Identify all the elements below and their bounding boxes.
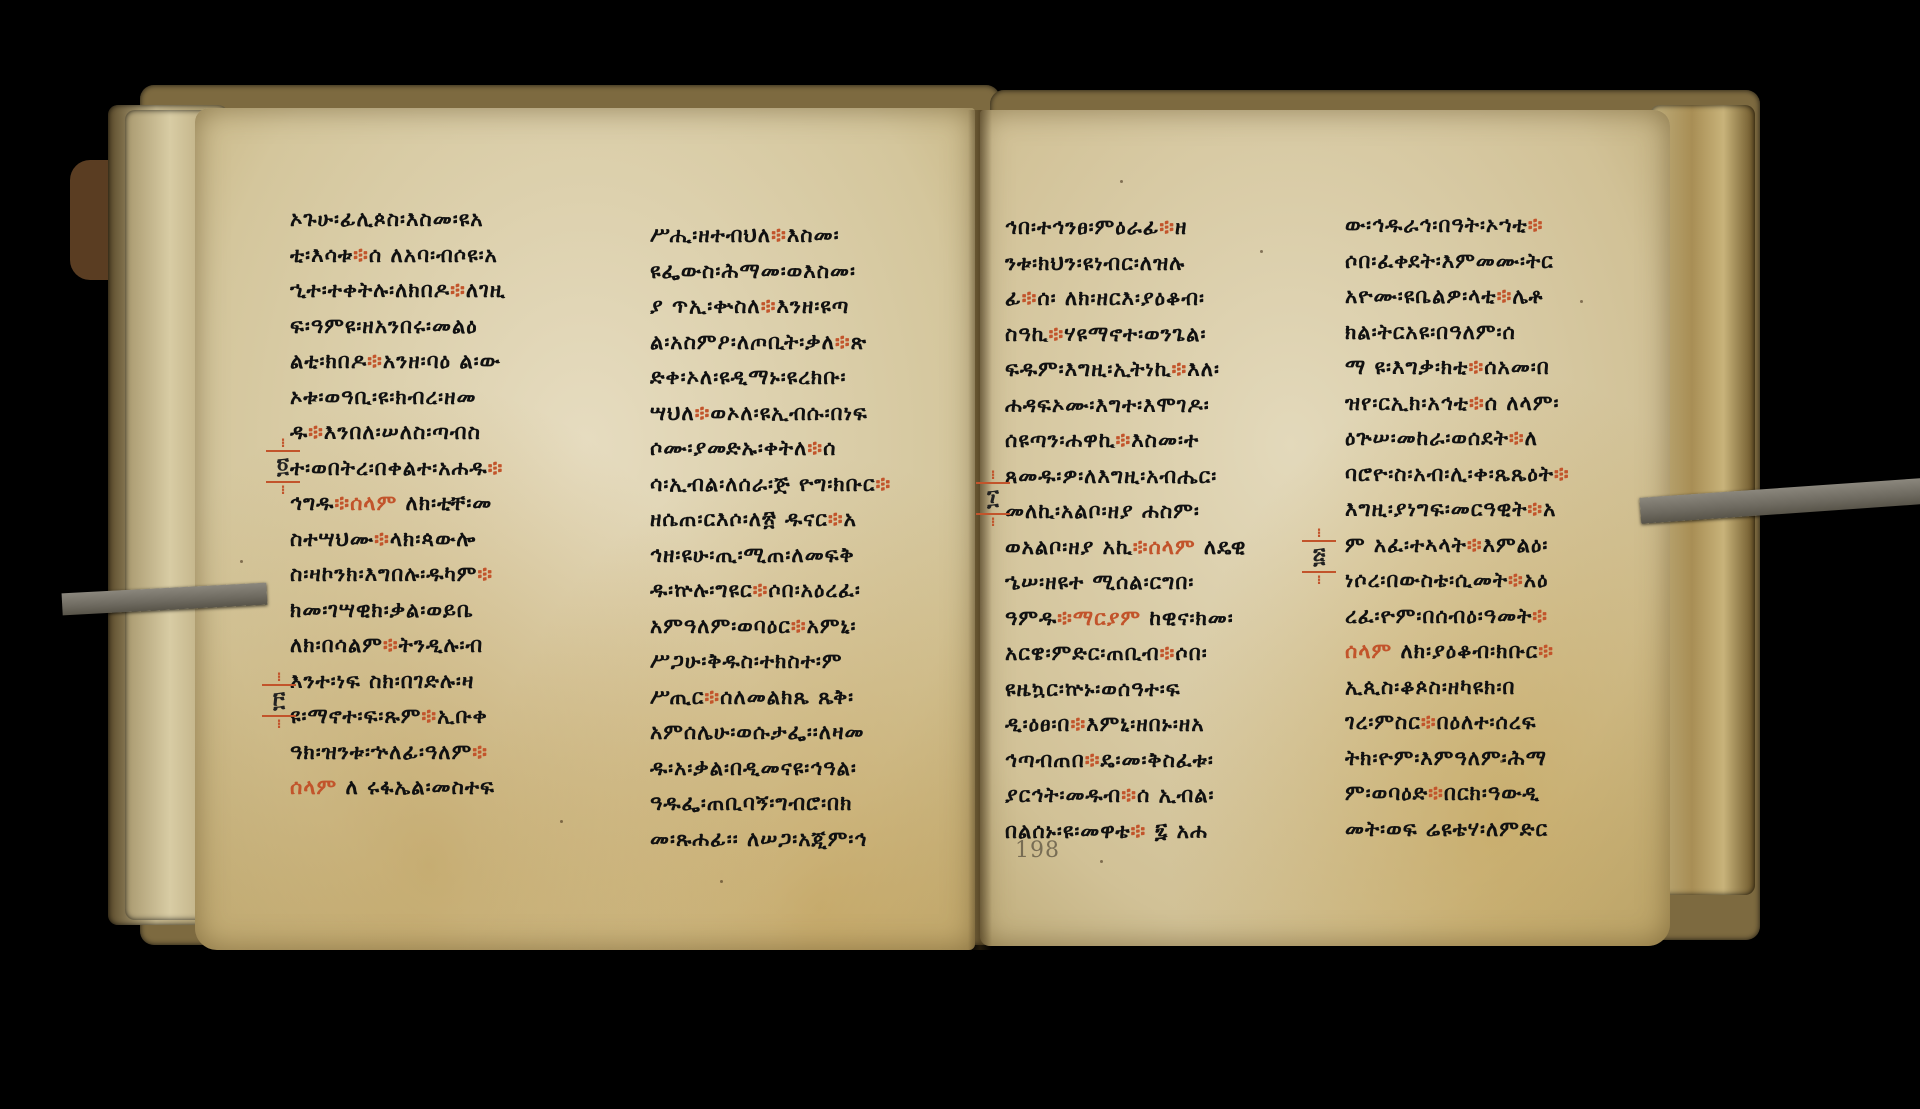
text-line: ለክ፡በሳልም፨ትንዲሉ፡ብ xyxy=(290,628,610,664)
text-line: ዲ፡ዕፀ፡በ፨እምኒ፡ዘበኑ፡ዘአ xyxy=(1005,707,1315,743)
text-line: ኅጣብጠበ፨ዴ፡መ፡ቅስፈቱ፡ xyxy=(1005,743,1315,779)
ink-speck xyxy=(1580,300,1583,303)
text-line: መ፡ጹሐፊ፡፡ ለሠጋ፡አጂም፡ኅ xyxy=(650,822,970,858)
text-line: ዓክ፡ዝንቱ፡ኍለፊ፡ዓለም፨ xyxy=(290,735,610,771)
rubric-dots: ⁝ xyxy=(268,672,290,682)
ink-speck xyxy=(1100,860,1103,863)
text-line: ም፡ወባዕድ፨በርክ፡ዓውዲ xyxy=(1345,776,1665,812)
text-line: አምሰሌሁ፡ወሱታፌ፡፡ለዛመ xyxy=(650,715,970,751)
text-line: ሰላም ለ ሩፋኤል፡መስተፍ xyxy=(290,770,610,806)
text-line: ዩፌውስ፡ሕማመ፡ወእስመ፡ xyxy=(650,254,970,290)
text-line: ስዓኪ፨ሃዩማኖተ፡ወንጌል፡ xyxy=(1005,317,1315,353)
text-line: ዱ፡ኵሉ፡ግዩር፨ሶበ፡አዕረፈ፡ xyxy=(650,573,970,609)
text-line: ስተሣህሙ፨ላክ፡ጳውሎ xyxy=(290,522,610,558)
text-column-2: ሥሒ፡ዘተብህለ፨እስመ፡ ዩፌውስ፡ሕማመ፡ወእስመ፡ ያ ጥኢ፡ቍስለ፨እን… xyxy=(650,218,970,857)
rubric-bar xyxy=(266,450,300,452)
text-line: ማ ዩ፡እግቃ፡ክቲ፨ሰአመ፡በ xyxy=(1345,350,1665,386)
text-line: ክመ፡ገሣዊክ፡ቃል፡ወይቤ xyxy=(290,593,610,629)
rubric-bar xyxy=(1302,540,1336,542)
manuscript-photo: ኦጉሁ፡ፊሊጶስ፡እስመ፡ዩአ ቲ፡እሳቱ፨ሰ ለአባ፡ብሶዩ፡አ ኂተ፡ተቀት… xyxy=(0,0,1920,1109)
text-line: እግዚ፡ያነግፍ፡መርዓዊት፨አ xyxy=(1345,492,1665,528)
folio-number: 198 xyxy=(1015,838,1060,863)
text-line: ዩዜኳር፡ኵኑ፡ወሰዓተ፡ፍ xyxy=(1005,672,1315,708)
gutter xyxy=(968,110,992,950)
margin-numeral: ፲ xyxy=(987,486,999,511)
rubric-dots: ⁝ xyxy=(982,470,1004,480)
text-line: ሳ፡ኢብል፡ለሰራ፡ጅ ዮግ፡ክቡር፨ xyxy=(650,467,970,503)
text-line: ድቀ፡ኦለ፡ዩዲማኑ፡ዩረክቡ፡ xyxy=(650,360,970,396)
text-line: ሰዩጣን፡ሐዋኪ፨እስመ፡ተ xyxy=(1005,423,1315,459)
text-line: ሶሙ፡ያመድኡ፡ቀትለ፨ሰ xyxy=(650,431,970,467)
text-line: መለኪ፡አልቦ፡ዘያ ሐስም፡ xyxy=(1005,494,1315,530)
text-line: ፊ፨ሰ፡ ለክ፡ዘርእ፡ያዕቆብ፡ xyxy=(1005,281,1315,317)
text-line: ዘሴጠ፡ርእሶ፡ለ፳ ዱናር፨አ xyxy=(650,502,970,538)
margin-numeral-mark: ⁝ ፫ ⁝ xyxy=(268,672,290,729)
text-line: ዓምዱ፨ማርያም ከዊና፡ክመ፡ xyxy=(1005,601,1315,637)
text-line: ባሮዮ፡ስ፡አብ፡ሊ፡ቀ፡ጼጼዕት፨ xyxy=(1345,457,1665,493)
text-column-4: ው፡ኅዱራኅ፡በዓት፡ኦኀቲ፨ ሶበ፡ፈቀደት፡እምመሙ፡ትር አዮሙ፡ዩቤልዎ… xyxy=(1345,208,1665,847)
rubric-dots: ⁝ xyxy=(272,485,294,495)
rubric-dots: ⁝ xyxy=(1308,528,1330,538)
text-line: ዝየ፡ርኢክ፡አኅቲ፨ሰ ለላም፡ xyxy=(1345,386,1665,422)
text-column-1: ኦጉሁ፡ፊሊጶስ፡እስመ፡ዩአ ቲ፡እሳቱ፨ሰ ለአባ፡ብሶዩ፡አ ኂተ፡ተቀት… xyxy=(290,202,610,806)
text-line: ሥሒ፡ዘተብህለ፨እስመ፡ xyxy=(650,218,970,254)
text-line: ዩ፡ማኖተ፡ፍ፡ጹም፨ኢቡቀ xyxy=(290,699,610,735)
text-line: ወአልቦ፡ዘያ አኪ፨ሰላም ለዴዊ xyxy=(1005,530,1315,566)
text-line: አዮሙ፡ዩቤልዎ፡ላቲ፨ሌቶ xyxy=(1345,279,1665,315)
text-line: ፍ፡ዓምዩ፡ዘአንበሩ፡መልዕ xyxy=(290,309,610,345)
margin-numeral-mark: ⁝ ፬ ⁝ xyxy=(272,438,294,495)
text-line: ዱ፨እንበለ፡ሠለስ፡ጣብስ xyxy=(290,415,610,451)
ink-speck xyxy=(1500,760,1503,763)
rubric-dots: ⁝ xyxy=(982,517,1004,527)
text-line: ቲ፡እሳቱ፨ሰ ለአባ፡ብሶዩ፡አ xyxy=(290,238,610,274)
ink-speck xyxy=(240,560,243,563)
text-line: ፍዱም፡እግዚ፡ኢትነኪ፨እለ፡ xyxy=(1005,352,1315,388)
text-line: ኦቱ፡ወዓቢ፡ዩ፡ክብረ፡ዘመ xyxy=(290,380,610,416)
text-line: ሥጋሁ፡ቅዱስ፡ተክስተ፡ም xyxy=(650,644,970,680)
rubric-dots: ⁝ xyxy=(268,719,290,729)
rubric-bar xyxy=(976,482,1010,484)
margin-numeral: ፬ xyxy=(277,454,289,479)
ink-speck xyxy=(720,880,723,883)
ink-speck xyxy=(560,820,563,823)
text-line: ኅበ፡ተኅንፀ፡ምዕራፊ፨ዘ xyxy=(1005,210,1315,246)
cover-edge xyxy=(70,160,110,280)
text-line: ኂተ፡ተቀትሉ፡ለክበዶ፨ለገዚ xyxy=(290,273,610,309)
text-line: ሐዳፍኦሙ፡እግተ፡እሞገዶ፡ xyxy=(1005,388,1315,424)
text-line: ኦጉሁ፡ፊሊጶስ፡እስመ፡ዩአ xyxy=(290,202,610,238)
text-line: ክል፡ትርአዩ፡በዓለም፡ሰ xyxy=(1345,315,1665,351)
text-line: ል፡አስምዖ፡ለጦቢት፡ቃለ፨ጽ xyxy=(650,325,970,361)
rubric-dots: ⁝ xyxy=(272,438,294,448)
text-line: ትክ፡ዮም፡እምዓለም፡ሕማ xyxy=(1345,741,1665,777)
margin-numeral: ፫ xyxy=(273,688,285,713)
ink-speck xyxy=(1120,180,1123,183)
text-line: ዓዱፌ፡ጠቢባኝ፡ግብሮ፡በክ xyxy=(650,786,970,822)
text-line: ዕጕሠ፡መከራ፡ወሰደት፨ለ xyxy=(1345,421,1665,457)
text-line: ሥጢር፨ሰለመልክጼ ጼቅ፡ xyxy=(650,680,970,716)
ink-speck xyxy=(1260,250,1263,253)
text-line: ንቱ፡ክህን፡ዩነብር፡ለዝሉ xyxy=(1005,246,1315,282)
text-line: አምዓለም፡ወባዕር፨አምኒ፡ xyxy=(650,609,970,645)
text-line: ዱ፡አ፡ቃል፡በዲመናዩ፡ኅዓል፡ xyxy=(650,751,970,787)
text-line: ልቲ፡ክበዶ፨አንዘ፡ባዕ ል፡ው xyxy=(290,344,610,380)
text-line: ኄሠ፡ዘዩተ ሚሰል፡ርግበ፡ xyxy=(1005,565,1315,601)
text-line: ኅዘ፡ዩሁ፡ጢ፡ሚጠ፡ለመፍቅ xyxy=(650,538,970,574)
text-column-3: ኅበ፡ተኅንፀ፡ምዕራፊ፨ዘ ንቱ፡ክህን፡ዩነብር፡ለዝሉ ፊ፨ሰ፡ ለክ፡ዘ… xyxy=(1005,210,1315,849)
margin-numeral-mark: ⁝ ፭ ⁝ xyxy=(1308,528,1330,585)
text-line: መት፡ወፍ ሬዩቴሃ፡ለምድር xyxy=(1345,812,1665,848)
text-line: ጸመዱ፡ዎ፡ለእግዚ፡አብሔር፡ xyxy=(1005,459,1315,495)
rubric-bar xyxy=(262,684,296,686)
margin-numeral-mark: ⁝ ፲ ⁝ xyxy=(982,470,1004,527)
margin-numeral: ፭ xyxy=(1313,544,1326,569)
rubric-dots: ⁝ xyxy=(1308,575,1330,585)
text-line: ሰላም ለክ፡ያዕቆብ፡ክቡር፨ xyxy=(1345,634,1665,670)
text-line: እንተ፡ነፍ ስክ፡በገድሉ፡ዛ xyxy=(290,664,610,700)
text-line: ም አፈ፡ተኣላት፨እምልዕ፡ xyxy=(1345,528,1665,564)
text-line: ስ፡ዛኮንክ፡እግበሉ፡ዱካም፨ xyxy=(290,557,610,593)
text-line: ያርኅት፡መዱብ፨ሰ ኢብል፡ xyxy=(1005,778,1315,814)
text-line: ኅግዱ፨ሰላም ለክ፡ቲቸ፡መ xyxy=(290,486,610,522)
text-line: ኢጲስ፡ቆጶስ፡ዘካዩክ፡በ xyxy=(1345,670,1665,706)
text-line: ው፡ኅዱራኅ፡በዓት፡ኦኀቲ፨ xyxy=(1345,208,1665,244)
text-line: ነሶረ፡በውስቴ፡ሲመት፨አዕ xyxy=(1345,563,1665,599)
text-line: ረፈ፡ዮም፡በሰብዕ፡ዓመት፨ xyxy=(1345,599,1665,635)
text-line: አርዌ፡ምድር፡ጠቢብ፨ሶበ፡ xyxy=(1005,636,1315,672)
text-line: ሣህለ፨ወኦለ፡ዩኢብሱ፡በነፍ xyxy=(650,396,970,432)
text-line: ተ፡ወበትረ፡በቀልተ፡አሐዱ፨ xyxy=(290,451,610,487)
text-line: ገረ፡ምስር፨በዕለተ፡ሰረፍ xyxy=(1345,705,1665,741)
text-line: ሶበ፡ፈቀደት፡እምመሙ፡ትር xyxy=(1345,244,1665,280)
text-line: ያ ጥኢ፡ቍስለ፨እንዘ፡ዩጣ xyxy=(650,289,970,325)
